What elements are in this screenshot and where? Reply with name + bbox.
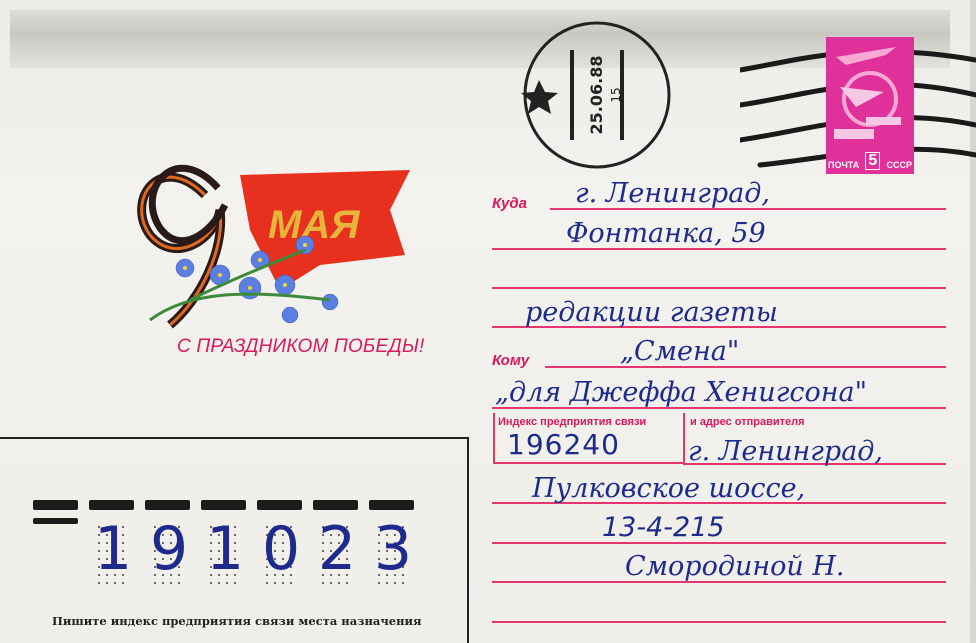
svg-text:15: 15 <box>609 87 623 102</box>
envelope: МАЯ С ПРАЗДНИКОМ ПОБЕДЫ! 25.06.88 15 <box>0 0 976 643</box>
stamp-right-text: СССР <box>886 160 912 170</box>
svg-text:25.06.88: 25.06.88 <box>587 56 606 135</box>
zip-bar <box>313 500 358 510</box>
zip-bar <box>33 500 78 510</box>
zip-digit: 2 <box>318 518 356 580</box>
postage-stamp: ПОЧТА 5 СССР <box>826 37 914 174</box>
whom-line-2: „Смена" <box>620 336 739 367</box>
sender-line-3: 13-4-215 <box>602 512 725 543</box>
to-label: Куда <box>492 195 527 212</box>
whom-line-3: „для Джеффа Хенигсона" <box>495 377 867 408</box>
stamp-value: 5 <box>865 152 880 170</box>
sender-index: 196240 <box>507 428 620 461</box>
zip-bar <box>369 500 414 510</box>
zip-caption: Пишите индекс предприятия связи места на… <box>52 614 422 628</box>
zip-bar <box>33 518 78 524</box>
zip-bar <box>201 500 246 510</box>
sender-line-2: Пулковское шоссе, <box>532 473 805 504</box>
sender-line-4: Смородиной Н. <box>625 551 844 582</box>
zip-digit: 9 <box>150 518 188 580</box>
zip-bar <box>89 500 134 510</box>
sender-address-label: и адрес отправителя <box>690 416 805 428</box>
address-line <box>545 366 946 368</box>
victory-day-artwork: МАЯ <box>130 140 420 340</box>
stamp-left-text: ПОЧТА <box>828 160 859 170</box>
flag-text: МАЯ <box>268 203 360 247</box>
to-line-1: г. Ленинград, <box>575 178 770 209</box>
address-line <box>492 287 946 289</box>
zip-digit: 0 <box>262 518 300 580</box>
greeting-text: С ПРАЗДНИКОМ ПОБЕДЫ! <box>177 336 424 358</box>
zip-bar <box>145 500 190 510</box>
whom-label: Кому <box>492 352 529 369</box>
zip-bar <box>257 500 302 510</box>
sender-line-1: г. Ленинград, <box>688 436 883 467</box>
address-line <box>492 621 946 623</box>
airplane-emblem-icon <box>826 37 914 147</box>
zip-digit: 1 <box>94 518 132 580</box>
postmark: 25.06.88 15 <box>517 20 677 170</box>
zip-digit: 1 <box>206 518 244 580</box>
sender-index-label: Индекс предприятия связи <box>498 416 646 428</box>
whom-line-1: редакции газеты <box>525 297 778 328</box>
to-line-2: Фонтанка, 59 <box>566 218 766 249</box>
zip-digit: 3 <box>374 518 412 580</box>
